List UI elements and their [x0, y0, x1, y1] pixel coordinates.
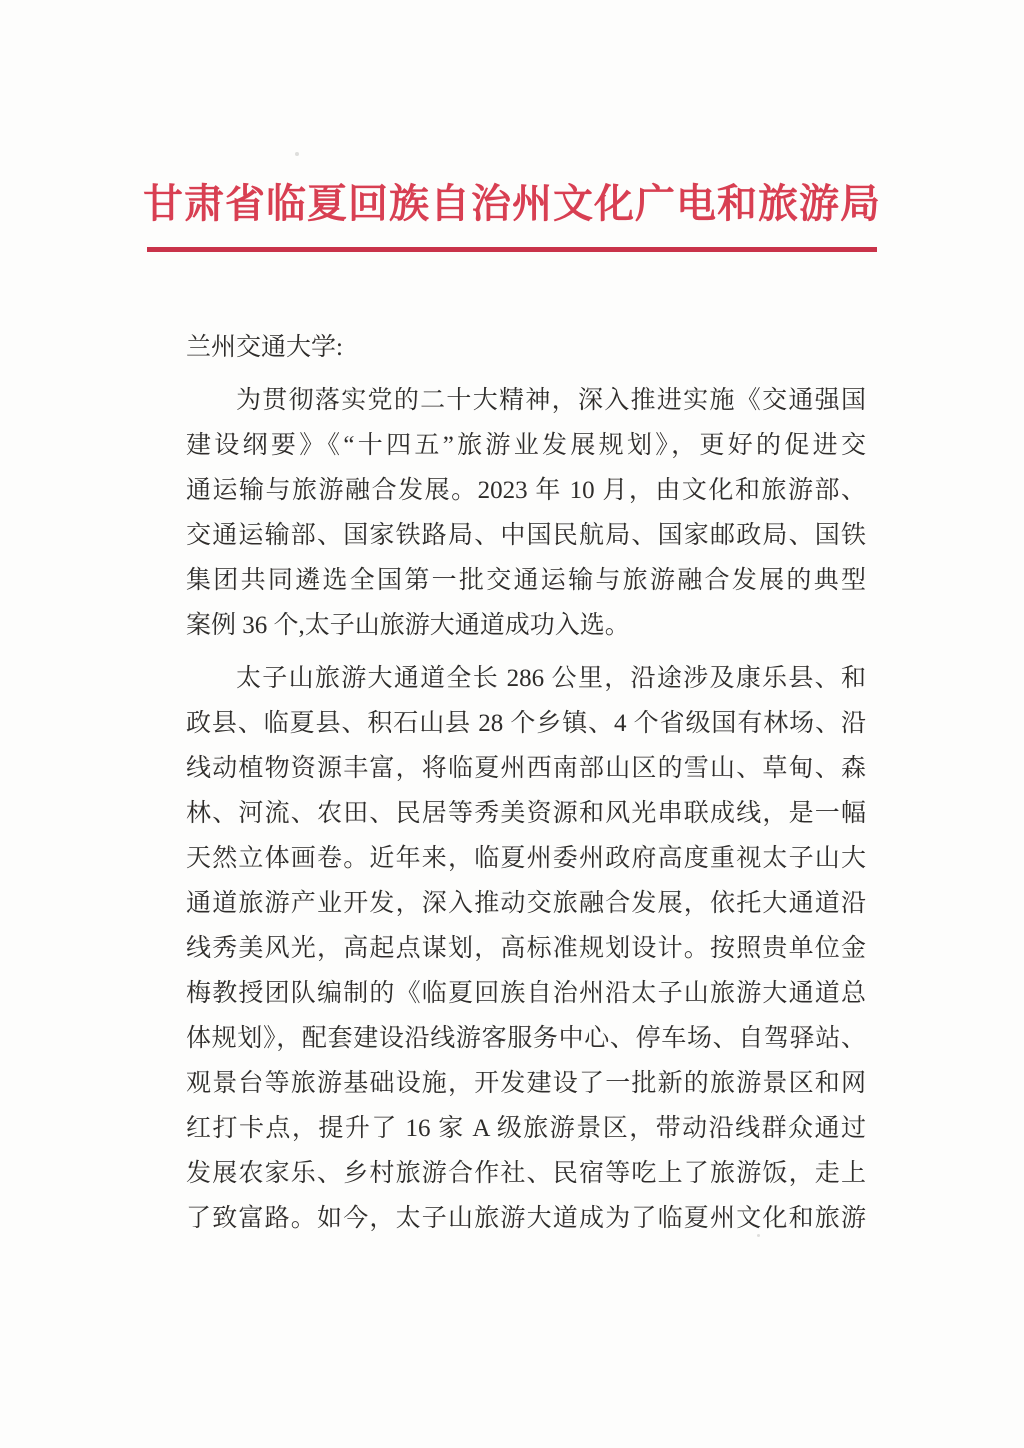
text-line: 案例 36 个,太子山旅游大通道成功入选。 [186, 603, 866, 648]
text-line: 梅教授团队编制的《临夏回族自治州沿太子山旅游大通道总 [186, 971, 866, 1016]
letterhead-title: 甘肃省临夏回族自治州文化广电和旅游局 [0, 0, 1024, 228]
text-line: 集团共同遴选全国第一批交通运输与旅游融合发展的典型 [186, 558, 866, 603]
text-line: 发展农家乐、乡村旅游合作社、民宿等吃上了旅游饭，走上 [186, 1151, 866, 1196]
letter-body: 兰州交通大学: 为贯彻落实党的二十大精神，深入推进实施《交通强国建设纲要》《“十… [186, 252, 866, 1241]
text-line: 交通运输部、国家铁路局、中国民航局、国家邮政局、国铁 [186, 513, 866, 558]
text-line: 政县、临夏县、积石山县 28 个乡镇、4 个省级国有林场、沿 [186, 701, 866, 746]
paragraph: 太子山旅游大通道全长 286 公里，沿途涉及康乐县、和政县、临夏县、积石山县 2… [186, 656, 866, 1241]
text-line: 线秀美风光，高起点谋划，高标准规划设计。按照贵单位金 [186, 926, 866, 971]
text-line: 线动植物资源丰富，将临夏州西南部山区的雪山、草甸、森 [186, 746, 866, 791]
scanned-letter-page: 甘肃省临夏回族自治州文化广电和旅游局 兰州交通大学: 为贯彻落实党的二十大精神，… [0, 0, 1024, 1448]
scan-speck [757, 1234, 760, 1237]
salutation: 兰州交通大学: [186, 325, 866, 370]
scan-speck [295, 152, 299, 156]
text-line: 体规划》，配套建设沿线游客服务中心、停车场、自驾驿站、 [186, 1016, 866, 1061]
text-line: 为贯彻落实党的二十大精神，深入推进实施《交通强国 [186, 378, 866, 423]
text-line: 林、河流、农田、民居等秀美资源和风光串联成线，是一幅 [186, 791, 866, 836]
text-line: 红打卡点，提升了 16 家 A 级旅游景区，带动沿线群众通过 [186, 1106, 866, 1151]
text-line: 了致富路。如今，太子山旅游大道成为了临夏州文化和旅游 [186, 1196, 866, 1241]
text-line: 通运输与旅游融合发展。2023 年 10 月，由文化和旅游部、 [186, 468, 866, 513]
text-line: 建设纲要》《“十四五”旅游业发展规划》，更好的促进交 [186, 423, 866, 468]
text-line: 观景台等旅游基础设施，开发建设了一批新的旅游景区和网 [186, 1061, 866, 1106]
text-line: 太子山旅游大通道全长 286 公里，沿途涉及康乐县、和 [186, 656, 866, 701]
paragraph: 为贯彻落实党的二十大精神，深入推进实施《交通强国建设纲要》《“十四五”旅游业发展… [186, 378, 866, 648]
letter-paragraphs: 为贯彻落实党的二十大精神，深入推进实施《交通强国建设纲要》《“十四五”旅游业发展… [186, 378, 866, 1241]
text-line: 天然立体画卷。近年来，临夏州委州政府高度重视太子山大 [186, 836, 866, 881]
text-line: 通道旅游产业开发，深入推动交旅融合发展，依托大通道沿 [186, 881, 866, 926]
